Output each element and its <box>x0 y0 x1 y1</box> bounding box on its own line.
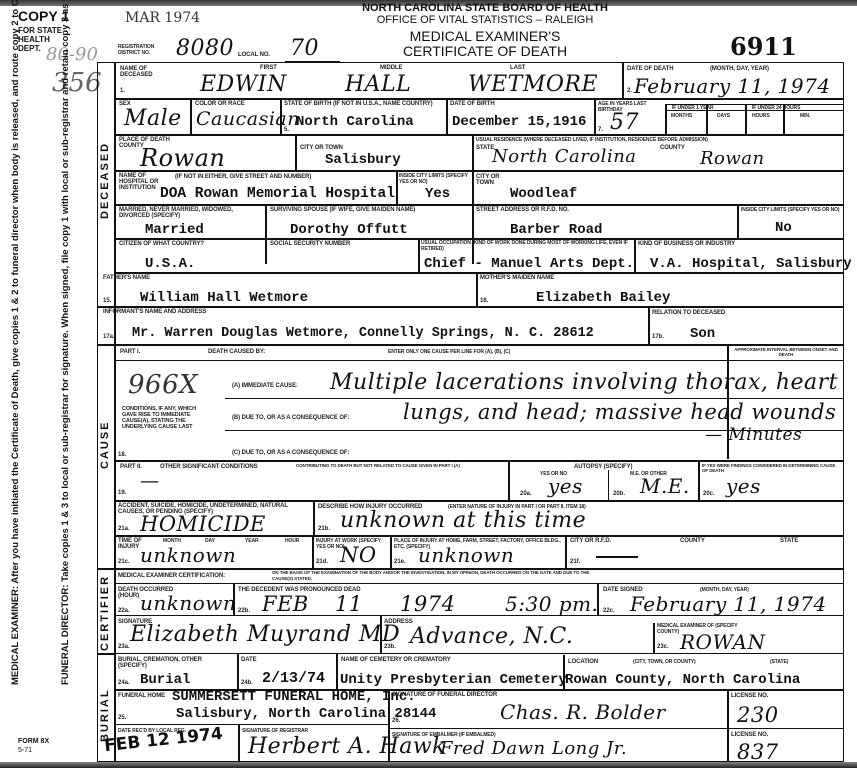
license2[interactable]: 837 <box>737 740 779 764</box>
if-yes-label: IF YES WERE FINDINGS CONSIDERED IN DETER… <box>702 463 842 473</box>
citizen[interactable]: U.S.A. <box>145 256 195 272</box>
death-caused-by-label: DEATH CAUSED BY: <box>208 349 265 355</box>
informant-label: INFORMANT'S NAME AND ADDRESS <box>103 309 206 315</box>
section-certifier: CERTIFIER <box>99 570 113 655</box>
location-hint: (CITY, TOWN, OR COUNTY) <box>633 659 696 665</box>
funeral-director-note: FUNERAL DIRECTOR: Take copies 1 & 3 to l… <box>58 95 92 685</box>
cause-code: 966X <box>128 370 198 400</box>
residence-county[interactable]: Rowan <box>700 148 765 169</box>
cause-a-label: (a) IMMEDIATE CAUSE: <box>232 383 298 389</box>
title-line-2: CERTIFICATE OF DEATH <box>330 43 640 59</box>
occupation[interactable]: Chief - Manuel Arts Dept. <box>424 256 634 272</box>
min-label: MIN. <box>800 113 810 119</box>
at-work[interactable]: NO <box>340 543 377 567</box>
license2-label: LICENSE NO. <box>731 732 768 738</box>
marital-label: MARRIED, NEVER MARRIED, WIDOWED, DIVORCE… <box>119 207 259 219</box>
death-hour[interactable]: unknown <box>140 591 236 615</box>
location-label: LOCATION <box>568 659 598 665</box>
place-county[interactable]: Rowan <box>140 144 225 172</box>
industry[interactable]: V.A. Hospital, Salisbury <box>650 256 852 272</box>
months-label: MONTHS <box>671 113 692 119</box>
disposition[interactable]: Burial <box>140 672 190 688</box>
state-of-birth-label: STATE OF BIRTH (IF NOT IN U.S.A., NAME C… <box>284 101 444 107</box>
director-signature[interactable]: Chas. R. Bolder <box>500 700 666 724</box>
disposition-label: BURIAL, CREMATION, OTHER (SPECIFY) <box>118 657 218 669</box>
local-no[interactable]: 70 <box>290 36 319 61</box>
street-label: STREET ADDRESS OR R.F.D. NO. <box>476 207 569 213</box>
pronounced-year[interactable]: 1974 <box>400 592 455 616</box>
one-cause-hint: ENTER ONLY ONE CAUSE PER LINE FOR (a), (… <box>388 349 510 355</box>
hospital[interactable]: DOA Rowan Memorial Hospital <box>160 186 395 202</box>
registration-district-label: REGISTRATION DISTRICT NO. <box>118 44 158 56</box>
pronounced-month[interactable]: FEB <box>262 592 309 616</box>
date-of-death[interactable]: February 11, 1974 <box>634 74 831 98</box>
location-state-label: (STATE) <box>770 659 788 665</box>
time-of-injury[interactable]: unknown <box>140 543 236 567</box>
date-of-birth[interactable]: December 15,1916 <box>452 114 586 130</box>
me-certification-label: MEDICAL EXAMINER CERTIFICATION: <box>118 573 225 579</box>
industry-label: KIND OF BUSINESS OR INDUSTRY <box>638 241 735 247</box>
me-signature[interactable]: Elizabeth Muyrand MD <box>130 622 400 647</box>
funeral-home-label: FUNERAL HOME <box>118 693 165 699</box>
last-label: LAST <box>510 65 525 71</box>
state-of-birth[interactable]: North Carolina <box>296 114 414 130</box>
residence-county-label: COUNTY <box>660 145 685 151</box>
state-label: STATE <box>780 538 798 544</box>
burial-date[interactable]: 2/13/74 <box>262 670 325 687</box>
hospital-hint: (IF NOT IN EITHER, GIVE STREET AND NUMBE… <box>175 174 311 180</box>
last-name[interactable]: WETMORE <box>468 72 598 97</box>
how-injury[interactable]: unknown at this time <box>340 508 586 533</box>
time-year-label: YEAR <box>245 538 259 544</box>
handwritten-ref-1: 80-90 <box>46 44 98 65</box>
cemetery[interactable]: Unity Presbyterian Cemetery <box>340 672 567 688</box>
autopsy-label: AUTOPSY (SPECIFY) <box>574 464 632 470</box>
under-24-hours-label: IF UNDER 24 HOURS <box>752 105 800 111</box>
board-name: NORTH CAROLINA STATE BOARD OF HEALTH <box>330 2 640 14</box>
hours-label: HOURS <box>752 113 770 119</box>
residence-state[interactable]: North Carolina <box>492 146 637 167</box>
sex[interactable]: Male <box>124 106 182 131</box>
received-stamp: MAR 1974 <box>125 10 200 26</box>
cause-b-label: (b) DUE TO, OR AS A CONSEQUENCE OF: <box>232 415 349 421</box>
mother-label: MOTHER'S MAIDEN NAME <box>480 275 554 281</box>
interval-value[interactable]: — Minutes <box>705 425 802 445</box>
date-of-birth-label: DATE OF BIRTH <box>450 101 495 107</box>
mother-name[interactable]: Elizabeth Bailey <box>536 290 670 306</box>
part2-label: PART II. <box>120 464 142 470</box>
pronounced-day[interactable]: 11 <box>335 592 363 616</box>
residence-city-label: CITY OR TOWN <box>476 174 506 186</box>
middle-label: MIDDLE <box>380 65 402 71</box>
date-signed[interactable]: February 11, 1974 <box>630 592 827 616</box>
res-inside-city-label: INSIDE CITY LIMITS (SPECIFY YES OR NO) <box>741 207 841 213</box>
father-label: FATHER'S NAME <box>103 275 150 281</box>
license1[interactable]: 230 <box>737 703 779 727</box>
citizen-label: CITIZEN OF WHAT COUNTRY? <box>119 241 204 247</box>
section-deceased: DECEASED <box>99 120 113 240</box>
if-yes[interactable]: yes <box>726 474 761 498</box>
me-county[interactable]: ROWAN <box>680 630 765 654</box>
funeral-home[interactable]: SUMMERSETT FUNERAL HOME, Inc. <box>172 689 416 705</box>
section-divider <box>114 62 116 762</box>
embalmer-signature[interactable]: Fred Dawn Long Jr. <box>440 738 627 759</box>
informant[interactable]: Mr. Warren Douglas Wetmore, Connelly Spr… <box>132 326 594 341</box>
autopsy-by[interactable]: M.E. <box>640 474 690 498</box>
form-date: 5-71 <box>18 747 32 754</box>
other-conditions-hint: CONTRIBUTING TO DEATH BUT NOT RELATED TO… <box>296 463 496 468</box>
section-cause: CAUSE <box>99 400 113 490</box>
medical-examiner-note: MEDICAL EXAMINER: After you have initiat… <box>8 95 23 685</box>
hospital-label: NAME OF HOSPITAL OR INSTITUTION <box>119 173 159 191</box>
title-line-1: MEDICAL EXAMINER'S <box>330 28 640 44</box>
place-city-label: CITY OR TOWN <box>300 145 343 151</box>
me-address[interactable]: Advance, N.C. <box>410 624 573 649</box>
days-label: DAYS <box>717 113 730 119</box>
cause-c-label: (c) DUE TO, OR AS A CONSEQUENCE OF: <box>232 450 349 456</box>
director-signature-label: SIGNATURE OF FUNERAL DIRECTOR <box>392 692 497 698</box>
city-rfd-dash <box>596 556 638 558</box>
time-hour-label: HOUR <box>285 538 299 544</box>
under-1-year-label: IF UNDER 1 YEAR <box>672 105 713 111</box>
manner[interactable]: HOMICIDE <box>140 512 266 536</box>
age[interactable]: 57 <box>610 110 639 135</box>
date-of-death-label: DATE OF DEATH <box>627 66 673 72</box>
middle-name[interactable]: HALL <box>345 72 411 97</box>
name-label: NAME OF DECEASED <box>120 66 160 78</box>
cause-a[interactable]: Multiple lacerations involving thorax, h… <box>330 370 838 395</box>
local-no-label: LOCAL NO. <box>238 52 270 58</box>
county-label: COUNTY <box>680 538 705 544</box>
cause-b[interactable]: lungs, and head; massive head wounds <box>403 400 836 424</box>
registration-district[interactable]: 8080 <box>176 36 234 61</box>
interval-label: APPROXIMATE INTERVAL BETWEEN ONSET AND D… <box>732 347 840 357</box>
inside-city-label: INSIDE CITY LIMITS (SPECIFY YES OR NO) <box>399 173 471 185</box>
other-conditions-label: OTHER SIGNIFICANT CONDITIONS <box>160 464 258 470</box>
burial-date-label: DATE <box>241 657 257 663</box>
inside-city[interactable]: Yes <box>425 186 450 202</box>
place-city[interactable]: Salisbury <box>325 152 401 168</box>
license1-label: LICENSE NO. <box>731 693 768 699</box>
me-certification-text: ON THE BASIS OF THE EXAMINATION OF THE B… <box>272 570 602 581</box>
first-label: FIRST <box>260 65 277 71</box>
spouse[interactable]: Dorothy Offutt <box>290 222 408 238</box>
residence-city[interactable]: Woodleaf <box>510 186 577 202</box>
pronounced-hour[interactable]: 5:30 pm. <box>505 592 598 616</box>
cemetery-label: NAME OF CEMETERY OR CREMATORY <box>341 657 451 663</box>
spouse-label: SURVIVING SPOUSE (IF WIFE, GIVE MAIDEN N… <box>270 207 470 213</box>
father-name[interactable]: William Hall Wetmore <box>140 290 308 306</box>
autopsy-yesno[interactable]: yes <box>548 474 583 498</box>
conditions-note: CONDITIONS, IF ANY, WHICH GAVE RISE TO I… <box>122 406 212 430</box>
street[interactable]: Barber Road <box>510 222 602 238</box>
city-rfd-label: CITY OR R.F.D. <box>570 538 611 544</box>
form-number: FORM 8X <box>18 738 49 745</box>
address-label: ADDRESS <box>384 619 413 625</box>
race-label: COLOR or RACE <box>195 101 245 107</box>
relation-label: RELATION TO DECEASED <box>652 310 725 316</box>
place-injury[interactable]: unknown <box>418 543 514 567</box>
date-of-death-format: (MONTH, DAY, YEAR) <box>710 66 769 72</box>
relation[interactable]: Son <box>690 326 715 342</box>
scan-edge-bottom <box>0 762 857 768</box>
office-name: OFFICE OF VITAL STATISTICS – RALEIGH <box>330 14 640 26</box>
marital-status[interactable]: Married <box>145 222 204 238</box>
other-conditions[interactable]: — <box>140 470 160 492</box>
res-inside-city[interactable]: No <box>775 220 792 236</box>
occupation-label: USUAL OCCUPATION (KIND OF WORK DONE DURI… <box>421 240 633 252</box>
first-name[interactable]: EDWIN <box>200 72 287 97</box>
residence-label: USUAL RESIDENCE (WHERE DECEASED LIVED, I… <box>476 137 841 143</box>
ssn-label: SOCIAL SECURITY NUMBER <box>270 241 350 247</box>
certificate-number: 6911 <box>730 32 797 61</box>
burial-location[interactable]: Rowan County, North Carolina <box>565 672 800 688</box>
part1-label: PART I. <box>120 349 140 355</box>
